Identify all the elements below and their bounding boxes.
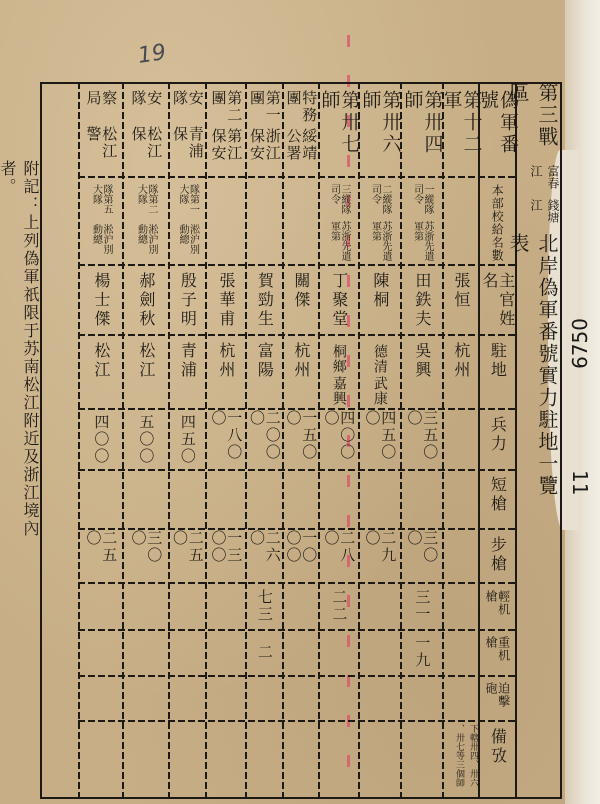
cell-unit: 第卅七師 (320, 84, 357, 176)
unit-name-line: 松江警 (85, 126, 117, 176)
cell-station: 青浦 (170, 336, 204, 406)
document-title: 第三戰區 錢塘江 富春江 北岸偽軍番號實力駐地一覽表 (518, 82, 562, 502)
unit-name-line: 松江保 (130, 126, 162, 176)
cell-rifle: 二八〇 (320, 530, 357, 580)
station-line: 嘉興 (331, 376, 346, 406)
grid-line (442, 82, 444, 797)
cell-commander: 陳桐 (360, 266, 399, 332)
cell-light-mg: 三一 (402, 584, 441, 628)
header-light-mg: 輕机槍 (480, 584, 514, 628)
cell-station: 杭州 (444, 336, 477, 406)
header-strength: 兵力 (480, 410, 514, 468)
grid-line (78, 582, 515, 584)
header-sub-unit: 本部校給名數 (480, 178, 514, 262)
title-region-right: 錢塘江 (528, 199, 562, 233)
cell-station: 松江 (124, 336, 167, 406)
cell-commander: 張恒 (444, 266, 477, 332)
grid-line (78, 720, 515, 722)
header-short-gun: 短槍 (480, 470, 514, 526)
unit-name-line: 第江保安 (210, 128, 242, 176)
unit-name-line: 安隊 (130, 90, 162, 124)
cell-commander: 張華甫 (207, 266, 244, 332)
cell-rifle: 三〇〇 (124, 530, 167, 580)
cell-commander: 郝劍秋 (124, 266, 167, 332)
archive-number: 6750 (568, 318, 592, 369)
cell-strength: 五〇〇 (124, 410, 167, 468)
sub-unit-line: 苏浙先遣軍第 (328, 221, 349, 262)
sub-unit-line: 淞沪別動總 (90, 224, 111, 262)
unit-name-line: 察局 (85, 90, 117, 124)
cell-station: 松江 (80, 336, 121, 406)
sub-unit-line: 苏浙先遣軍第 (369, 221, 390, 262)
unit-name-line: 綏靖公署 (285, 128, 317, 176)
remark-line: 、卅七等三個師 (453, 724, 466, 794)
unit-name-line: 特務團 (285, 90, 317, 126)
header-station: 駐地 (480, 336, 514, 406)
cell-strength: 四五〇 (170, 410, 204, 468)
cell-unit: 第十二軍 (444, 84, 477, 176)
cell-unit: 青浦保安隊 (170, 84, 204, 176)
cell-sub-unit: 淞沪別動總隊第二大隊 (124, 178, 167, 262)
cell-station: 武康德清 (360, 336, 399, 406)
cell-commander: 賀勁生 (247, 266, 281, 332)
cell-commander: 殷子明 (170, 266, 204, 332)
header-commander: 主官姓名 (480, 266, 514, 332)
cell-rifle: 二九〇 (360, 530, 399, 580)
cell-sub-unit: 苏浙先遣軍第三縱隊司令 (320, 178, 357, 262)
cell-unit: 松江保安隊 (124, 84, 167, 176)
cell-strength: 二〇〇〇 (247, 410, 281, 468)
sub-unit-line: 隊第一大隊 (177, 184, 198, 222)
cell-unit: 松江警察局 (80, 84, 121, 176)
cell-strength: 一八〇〇 (207, 410, 244, 468)
header-mortar: 迫擊砲 (480, 676, 514, 720)
grid-line (78, 469, 515, 471)
cell-light-mg: 七三 (247, 584, 281, 628)
grid-line (78, 675, 515, 677)
sub-unit-line: 三縱隊司令 (328, 184, 349, 219)
footnote: 附記：上列偽軍祇限于苏南松江附近及浙江境內者。 (8, 160, 42, 560)
station-line: 桐鄉 (331, 344, 346, 374)
cell-station: 杭州 (207, 336, 244, 406)
cell-heavy-mg: 二 (247, 630, 281, 674)
cell-commander: 田鉄夫 (402, 266, 441, 332)
sub-unit-line: 苏浙先遣軍第 (411, 221, 432, 262)
cell-unit: 浙江保安第一團 (247, 84, 281, 176)
cell-heavy-mg: 一九 (402, 630, 441, 674)
cell-remarks: 下轄卅四、卅六、卅七等三個師 (444, 724, 480, 794)
cell-rifle: 一三〇〇 (207, 530, 244, 580)
title-region-left: 富春江 (528, 165, 562, 199)
cell-commander: 楊士傑 (80, 266, 121, 332)
cell-unit: 第江保安第二團 (207, 84, 244, 176)
cell-station: 富陽 (247, 336, 281, 406)
cell-sub-unit: 苏浙先遣軍第一縱隊司令 (402, 178, 441, 262)
cell-rifle: 三〇〇 (402, 530, 441, 580)
header-unit: 偽軍番號 (480, 84, 514, 176)
sub-unit-line: 淞沪別動總 (135, 224, 156, 262)
sub-unit-line: 隊第五大隊 (90, 184, 111, 222)
cell-rifle: 二五〇 (80, 530, 121, 580)
header-rifle: 步槍 (480, 530, 514, 580)
cell-rifle: 一〇〇〇 (284, 530, 317, 580)
cell-strength: 三五〇〇 (402, 410, 441, 468)
cell-unit: 第卅四師 (402, 84, 441, 176)
header-heavy-mg: 重机槍 (480, 630, 514, 674)
cell-station: 杭州 (284, 336, 317, 406)
remark-line: 下轄卅四、卅六 (467, 724, 480, 794)
grid-line (40, 797, 562, 799)
cell-strength: 一五〇〇 (284, 410, 317, 468)
unit-name-line: 安隊 (171, 90, 203, 124)
cell-strength: 四〇〇 (80, 410, 121, 468)
sub-unit-line: 二縱隊司令 (369, 184, 390, 219)
sub-unit-line: 隊第二大隊 (135, 184, 156, 222)
cell-sub-unit: 淞沪別動總隊第五大隊 (80, 178, 121, 262)
cell-sub-unit: 淞沪別動總隊第一大隊 (170, 178, 204, 262)
sub-unit-line: 淞沪別動總 (177, 224, 198, 262)
cell-light-mg: 二二 (320, 584, 357, 628)
unit-name-line: 浙江保安 (248, 128, 280, 176)
station-line: 武康 (372, 376, 387, 406)
header-remarks: 備攷 (480, 722, 514, 796)
cell-rifle: 二五〇 (170, 530, 204, 580)
station-line: 德清 (372, 344, 387, 374)
sub-unit-line: 一縱隊司令 (411, 184, 432, 219)
page-number: 19 (136, 40, 167, 69)
cell-strength: 四〇〇〇 (320, 410, 357, 468)
title-regions: 錢塘江 富春江 (528, 165, 562, 233)
unit-name-line: 第二團 (210, 90, 242, 126)
archive-mark: 11 (568, 470, 592, 495)
cell-unit: 第卅六師 (360, 84, 399, 176)
cell-commander: 關傑 (284, 266, 317, 332)
cell-station: 吳興 (402, 336, 441, 406)
cell-sub-unit: 苏浙先遣軍第二縱隊司令 (360, 178, 399, 262)
cell-unit: 綏靖公署特務團 (284, 84, 317, 176)
cell-strength: 四五〇〇 (360, 410, 399, 468)
cell-station: 嘉興桐鄉 (320, 336, 357, 406)
unit-name-line: 青浦保 (171, 126, 203, 176)
grid-line (78, 629, 515, 631)
cell-rifle: 二六〇 (247, 530, 281, 580)
unit-name-line: 第一團 (248, 90, 280, 126)
cell-commander: 丁聚堂 (320, 266, 357, 332)
